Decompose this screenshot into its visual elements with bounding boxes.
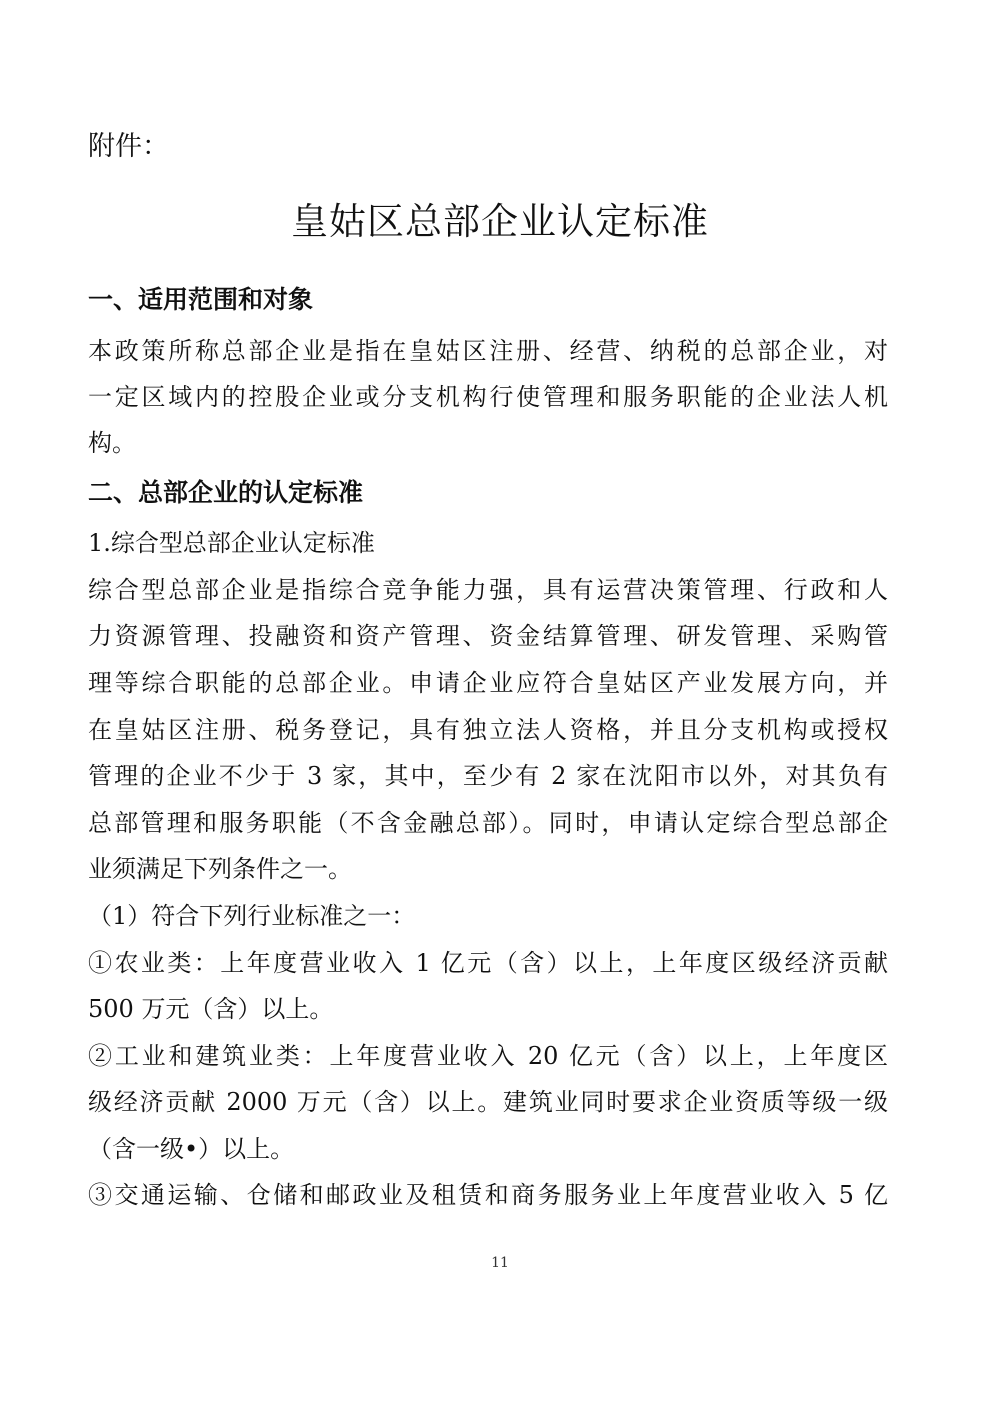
paragraph-line: 理等综合职能的总部企业。申请企业应符合皇姑区产业发展方向，并 (88, 668, 888, 698)
subheading: 1.综合型总部企业认定标准 (88, 528, 888, 558)
document-title: 皇姑区总部企业认定标准 (0, 198, 1000, 246)
document-page: 附件： 皇姑区总部企业认定标准 一、适用范围和对象 本政策所称总部企业是指在皇姑… (0, 0, 1000, 1413)
criteria-item: ③交通运输、仓储和邮政业及租赁和商务服务业上年度营业收入 5 亿 (88, 1180, 888, 1210)
criteria-item: ②工业和建筑业类：上年度营业收入 20 亿元（含）以上，上年度区 (88, 1041, 888, 1071)
paragraph-line: 业须满足下列条件之一。 (88, 854, 888, 884)
paragraph-line: 一定区域内的控股企业或分支机构行使管理和服务职能的企业法人机 (88, 382, 888, 412)
criteria-item: 500 万元（含）以上。 (88, 994, 888, 1024)
attachment-label: 附件： (88, 130, 169, 164)
section-heading-scope: 一、适用范围和对象 (88, 284, 313, 316)
paragraph-line: 构。 (88, 428, 888, 458)
page-number: 11 (0, 1254, 1000, 1272)
criteria-item: （含一级•）以上。 (88, 1134, 888, 1164)
paragraph-line: 本政策所称总部企业是指在皇姑区注册、经营、纳税的总部企业，对 (88, 336, 888, 366)
paragraph-line: 在皇姑区注册、税务登记，具有独立法人资格，并且分支机构或授权 (88, 715, 888, 745)
paragraph-line: 综合型总部企业是指综合竞争能力强，具有运营决策管理、行政和人 (88, 575, 888, 605)
criteria-item: 级经济贡献 2000 万元（含）以上。建筑业同时要求企业资质等级一级 (88, 1087, 888, 1117)
paragraph-line: 力资源管理、投融资和资产管理、资金结算管理、研发管理、采购管 (88, 621, 888, 651)
paragraph-line: 总部管理和服务职能（不含金融总部）。同时，申请认定综合型总部企 (88, 808, 888, 838)
criteria-item: ①农业类：上年度营业收入 1 亿元（含）以上，上年度区级经济贡献 (88, 948, 888, 978)
paragraph-line: 管理的企业不少于 3 家，其中，至少有 2 家在沈阳市以外，对其负有 (88, 761, 888, 791)
condition-line: （1）符合下列行业标准之一： (88, 901, 888, 931)
section-heading-criteria: 二、总部企业的认定标准 (88, 477, 363, 509)
